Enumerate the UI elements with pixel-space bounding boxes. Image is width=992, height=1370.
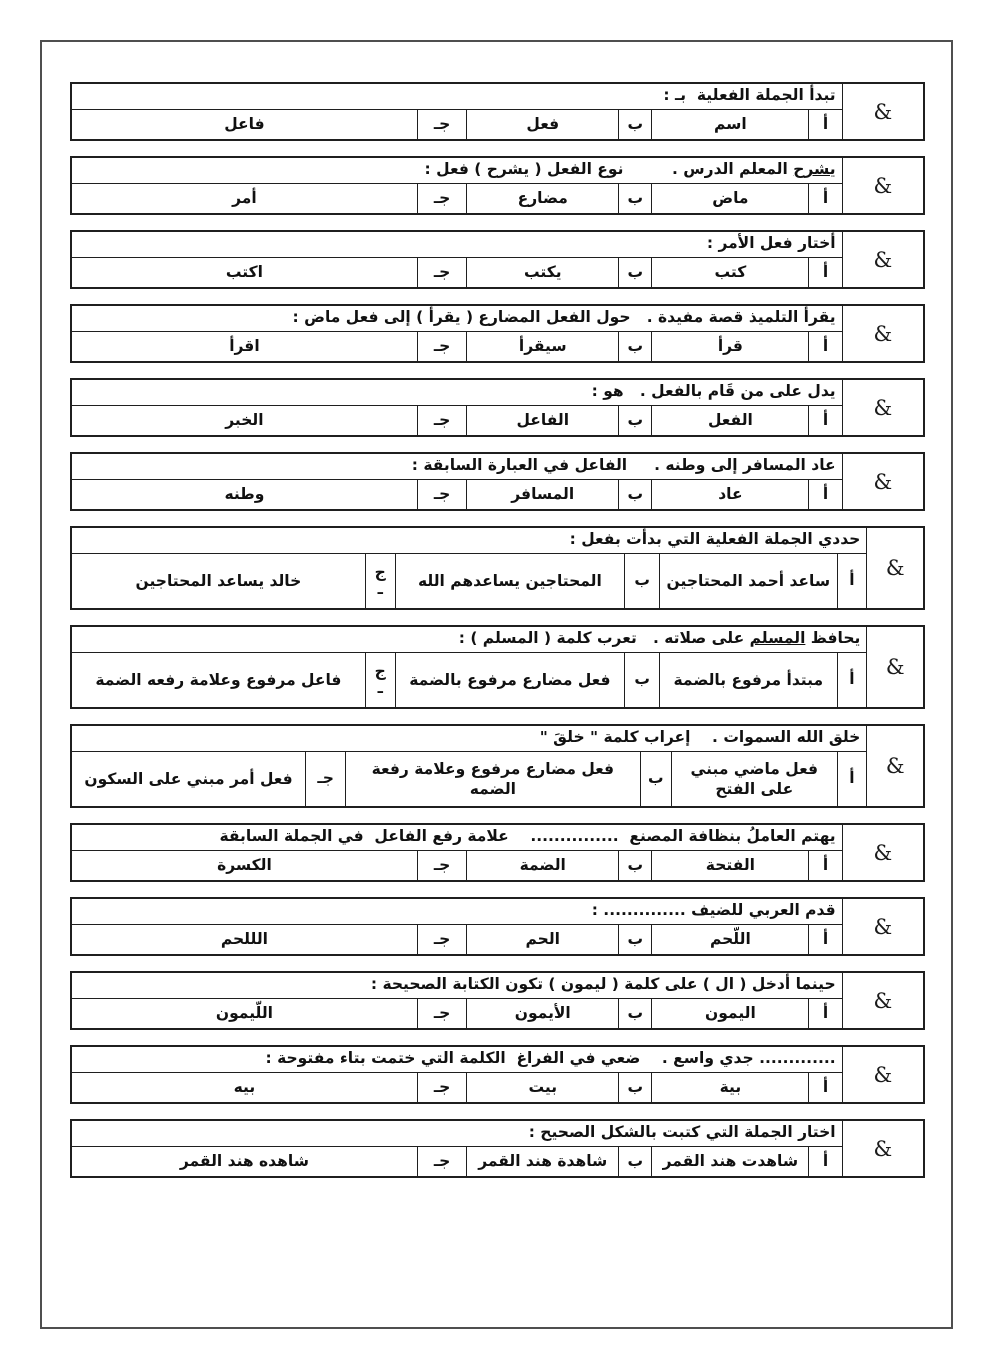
option-b: يكتب	[467, 257, 619, 288]
answer-row: أ الفعل ب الفاعل جـ الخبر	[71, 405, 924, 436]
option-b: المحتاجين يساعدهم الله	[395, 553, 624, 609]
option-a: فعل ماضي مبني على الفتح	[672, 751, 837, 807]
question-text: ............. جدي واسع . ضعي في الفراغ ا…	[71, 1046, 842, 1072]
ampersand-cell: &	[842, 1120, 924, 1177]
ampersand-cell: &	[842, 1046, 924, 1103]
question-text: اختار الجملة التي كتبت بالشكل الصحيح :	[71, 1120, 842, 1146]
option-c: شاهده هند القمر	[71, 1146, 417, 1177]
option-c: بيه	[71, 1072, 417, 1103]
question-block: & اختار الجملة التي كتبت بالشكل الصحيح :…	[70, 1119, 925, 1178]
question-segment: عاد المسافر إلى وطنه . الفاعل في العبارة…	[406, 456, 835, 474]
question-block: & يحافظ المسلم على صلاته . تعرب كلمة ( ا…	[70, 625, 925, 709]
option-c: اقرأ	[71, 331, 417, 362]
question-row: & يشرح المعلم الدرس . نوع الفعل ( يشرح )…	[71, 157, 924, 183]
option-letter-a: أ	[809, 183, 842, 214]
question-row: & عاد المسافر إلى وطنه . الفاعل في العبا…	[71, 453, 924, 479]
option-c: أمر	[71, 183, 417, 214]
option-letter-b: ب	[619, 479, 652, 510]
option-letter-c: جـ	[417, 183, 466, 214]
answer-row: أ ماض ب مضارع جـ أمر	[71, 183, 924, 214]
option-letter-c: جـ	[417, 1146, 466, 1177]
option-letter-c: جـ	[417, 405, 466, 436]
option-b: مضارع	[467, 183, 619, 214]
question-row: & يقرأ التلميذ قصة مفيدة . حول الفعل الم…	[71, 305, 924, 331]
question-segment: اختار الجملة التي كتبت بالشكل الصحيح :	[523, 1123, 835, 1141]
question-text: أختار فعل الأمر :	[71, 231, 842, 257]
option-letter-c: جـ	[417, 331, 466, 362]
question-text: حينما أدخل ( ال ) على كلمة ( ليمون ) تكو…	[71, 972, 842, 998]
option-c: الكسرة	[71, 850, 417, 881]
ampersand-cell: &	[842, 379, 924, 436]
ampersand-cell: &	[842, 305, 924, 362]
question-block: & حددي الجملة الفعلية التي بدأت بفعل : أ…	[70, 526, 925, 610]
question-text: تبدأ الجملة الفعلية بـ :	[71, 83, 842, 109]
page-frame: & تبدأ الجملة الفعلية بـ : أ اسم ب فعل ج…	[40, 40, 953, 1329]
question-segment: حددي الجملة الفعلية التي بدأت بفعل :	[564, 530, 860, 548]
option-letter-c: جـ	[417, 257, 466, 288]
question-block: & يشرح المعلم الدرس . نوع الفعل ( يشرح )…	[70, 156, 925, 215]
option-a: شاهدت هند القمر	[652, 1146, 809, 1177]
question-segment: حينما أدخل ( ال ) على كلمة ( ليمون ) تكو…	[365, 975, 835, 993]
question-segment: خلق الله السموات . إعراب كلمة " خلقَ "	[534, 728, 860, 746]
option-letter-a: أ	[809, 257, 842, 288]
ampersand-cell: &	[842, 898, 924, 955]
option-letter-a: أ	[809, 998, 842, 1029]
option-b: سيقرأ	[467, 331, 619, 362]
question-row: & تبدأ الجملة الفعلية بـ :	[71, 83, 924, 109]
question-row: & حينما أدخل ( ال ) على كلمة ( ليمون ) ت…	[71, 972, 924, 998]
question-text: يهتم العاملُ بنظافة المصنع .............…	[71, 824, 842, 850]
option-letter-b: ب	[625, 652, 660, 708]
option-b: الضمة	[467, 850, 619, 881]
question-text: قدم العربي للضيف .............. :	[71, 898, 842, 924]
ampersand-cell: &	[842, 83, 924, 140]
option-letter-c: جـ	[417, 924, 466, 955]
ampersand-cell: &	[842, 972, 924, 1029]
ampersand-cell: &	[842, 231, 924, 288]
option-letter-b: ب	[619, 1072, 652, 1103]
answer-row: أ اللّحم ب الحم جـ الللحم	[71, 924, 924, 955]
question-segment: يقرأ التلميذ قصة مفيدة . حول الفعل المضا…	[287, 308, 835, 326]
option-letter-b: ب	[640, 751, 672, 807]
option-letter-c: جـ	[417, 850, 466, 881]
option-letter-b: ب	[619, 183, 652, 214]
question-block: & يقرأ التلميذ قصة مفيدة . حول الفعل الم…	[70, 304, 925, 363]
ampersand-cell: &	[842, 453, 924, 510]
question-text: عاد المسافر إلى وطنه . الفاعل في العبارة…	[71, 453, 842, 479]
question-segment: يهتم العاملُ بنظافة المصنع .............…	[214, 827, 836, 845]
option-b: فعل	[467, 109, 619, 140]
option-letter-a: أ	[809, 1146, 842, 1177]
option-letter-c: جـ	[417, 109, 466, 140]
answer-row: أ كتب ب يكتب جـ اكتب	[71, 257, 924, 288]
option-c: الللحم	[71, 924, 417, 955]
option-letter-a: أ	[809, 924, 842, 955]
option-letter-b: ب	[619, 109, 652, 140]
answer-row: أ شاهدت هند القمر ب شاهدة هند القمر جـ ش…	[71, 1146, 924, 1177]
question-row: & اختار الجملة التي كتبت بالشكل الصحيح :	[71, 1120, 924, 1146]
option-letter-a: أ	[809, 1072, 842, 1103]
question-block: & قدم العربي للضيف .............. : أ ال…	[70, 897, 925, 956]
option-c: فعل أمر مبني على السكون	[71, 751, 306, 807]
option-letter-b: ب	[619, 257, 652, 288]
answer-row: أ فعل ماضي مبني على الفتح ب فعل مضارع مر…	[71, 751, 924, 807]
option-c: فاعل	[71, 109, 417, 140]
question-segment: تبدأ الجملة الفعلية بـ :	[658, 86, 836, 104]
answer-row: أ اسم ب فعل جـ فاعل	[71, 109, 924, 140]
question-block: & ............. جدي واسع . ضعي في الفراغ…	[70, 1045, 925, 1104]
option-a: مبتدأ مرفوع بالضمة	[660, 652, 837, 708]
option-b: الفاعل	[467, 405, 619, 436]
question-row: & يهتم العاملُ بنظافة المصنع ...........…	[71, 824, 924, 850]
option-b: الحم	[467, 924, 619, 955]
question-segment: ............. جدي واسع . ضعي في الفراغ ا…	[260, 1049, 836, 1067]
option-letter-a: أ	[809, 109, 842, 140]
option-a: عاد	[652, 479, 809, 510]
option-letter-c: ج ـ	[365, 652, 395, 708]
option-letter-a: أ	[809, 331, 842, 362]
option-letter-a: أ	[809, 850, 842, 881]
option-a: اسم	[652, 109, 809, 140]
option-letter-a: أ	[837, 751, 867, 807]
answer-row: أ اليمون ب الأيمون جـ اللّيمون	[71, 998, 924, 1029]
option-letter-b: ب	[619, 998, 652, 1029]
question-segment: المسلم	[750, 629, 806, 647]
question-segment: يشرح	[793, 160, 835, 178]
option-a: الفتحة	[652, 850, 809, 881]
question-row: & أختار فعل الأمر :	[71, 231, 924, 257]
question-block: & خلق الله السموات . إعراب كلمة " خلقَ "…	[70, 724, 925, 808]
question-segment: على صلاته . تعرب كلمة ( المسلم ) :	[453, 629, 749, 647]
ampersand-cell: &	[867, 626, 924, 708]
question-text: حددي الجملة الفعلية التي بدأت بفعل :	[71, 527, 867, 553]
ampersand-cell: &	[867, 527, 924, 609]
option-letter-c: جـ	[417, 479, 466, 510]
option-a: الفعل	[652, 405, 809, 436]
option-c: وطنه	[71, 479, 417, 510]
option-letter-b: ب	[619, 924, 652, 955]
question-segment: أختار فعل الأمر :	[701, 234, 835, 252]
question-row: & ............. جدي واسع . ضعي في الفراغ…	[71, 1046, 924, 1072]
option-b: فعل مضارع مرفوع بالضمة	[395, 652, 624, 708]
option-letter-b: ب	[619, 331, 652, 362]
option-letter-c: ج ـ	[365, 553, 395, 609]
ampersand-cell: &	[842, 157, 924, 214]
answer-row: أ بية ب بيت جـ بيه	[71, 1072, 924, 1103]
option-b: شاهدة هند القمر	[467, 1146, 619, 1177]
option-letter-a: أ	[837, 652, 867, 708]
answer-row: أ قرأ ب سيقرأ جـ اقرأ	[71, 331, 924, 362]
question-text: يدل على من قَام بالفعل . هو :	[71, 379, 842, 405]
option-b: الأيمون	[467, 998, 619, 1029]
option-letter-b: ب	[619, 405, 652, 436]
option-a: ماض	[652, 183, 809, 214]
option-letter-c: جـ	[417, 998, 466, 1029]
question-block: & يهتم العاملُ بنظافة المصنع ...........…	[70, 823, 925, 882]
answer-row: أ عاد ب المسافر جـ وطنه	[71, 479, 924, 510]
question-block: & أختار فعل الأمر : أ كتب ب يكتب جـ اكتب	[70, 230, 925, 289]
option-c: اكتب	[71, 257, 417, 288]
option-a: ساعد أحمد المحتاجين	[660, 553, 837, 609]
ampersand-cell: &	[867, 725, 924, 807]
option-letter-a: أ	[809, 479, 842, 510]
question-segment: يحافظ	[805, 629, 860, 647]
option-b: فعل مضارع مرفوع وعلامة رفعة الضمه	[346, 751, 640, 807]
option-a: اللّحم	[652, 924, 809, 955]
ampersand-cell: &	[842, 824, 924, 881]
question-row: & يدل على من قَام بالفعل . هو :	[71, 379, 924, 405]
option-a: اليمون	[652, 998, 809, 1029]
answer-row: أ مبتدأ مرفوع بالضمة ب فعل مضارع مرفوع ب…	[71, 652, 924, 708]
answer-row: أ الفتحة ب الضمة جـ الكسرة	[71, 850, 924, 881]
option-a: قرأ	[652, 331, 809, 362]
question-segment: يدل على من قَام بالفعل . هو :	[586, 382, 835, 400]
option-b: بيت	[467, 1072, 619, 1103]
option-c: اللّيمون	[71, 998, 417, 1029]
option-a: كتب	[652, 257, 809, 288]
question-text: يقرأ التلميذ قصة مفيدة . حول الفعل المضا…	[71, 305, 842, 331]
option-c: فاعل مرفوع وعلامة رفعه الضمة	[71, 652, 365, 708]
question-text: يشرح المعلم الدرس . نوع الفعل ( يشرح ) ف…	[71, 157, 842, 183]
question-block: & يدل على من قَام بالفعل . هو : أ الفعل …	[70, 378, 925, 437]
option-letter-c: جـ	[306, 751, 346, 807]
question-block: & عاد المسافر إلى وطنه . الفاعل في العبا…	[70, 452, 925, 511]
option-letter-a: أ	[809, 405, 842, 436]
question-row: & خلق الله السموات . إعراب كلمة " خلقَ "	[71, 725, 924, 751]
question-text: خلق الله السموات . إعراب كلمة " خلقَ "	[71, 725, 867, 751]
question-text: يحافظ المسلم على صلاته . تعرب كلمة ( الم…	[71, 626, 867, 652]
option-letter-b: ب	[619, 1146, 652, 1177]
question-block: & تبدأ الجملة الفعلية بـ : أ اسم ب فعل ج…	[70, 82, 925, 141]
question-row: & قدم العربي للضيف .............. :	[71, 898, 924, 924]
answer-row: أ ساعد أحمد المحتاجين ب المحتاجين يساعده…	[71, 553, 924, 609]
question-segment: المعلم الدرس . نوع الفعل ( يشرح ) فعل :	[419, 160, 793, 178]
question-row: & يحافظ المسلم على صلاته . تعرب كلمة ( ا…	[71, 626, 924, 652]
option-letter-b: ب	[625, 553, 660, 609]
option-letter-c: جـ	[417, 1072, 466, 1103]
option-b: المسافر	[467, 479, 619, 510]
option-c: الخبر	[71, 405, 417, 436]
option-letter-a: أ	[837, 553, 867, 609]
question-block: & حينما أدخل ( ال ) على كلمة ( ليمون ) ت…	[70, 971, 925, 1030]
question-row: & حددي الجملة الفعلية التي بدأت بفعل :	[71, 527, 924, 553]
question-segment: قدم العربي للضيف .............. :	[586, 901, 835, 919]
option-letter-b: ب	[619, 850, 652, 881]
option-a: بية	[652, 1072, 809, 1103]
option-c: خالد يساعد المحتاجين	[71, 553, 365, 609]
